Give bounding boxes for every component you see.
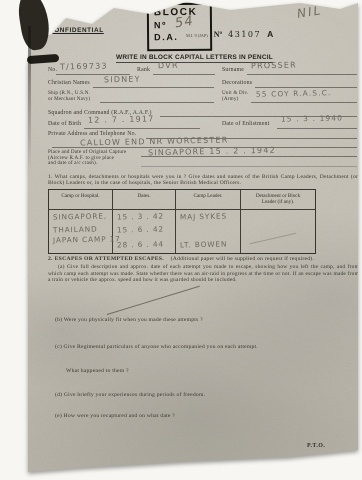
serial-number: 43107 <box>228 30 261 39</box>
camp-entry: JAPAN CAMP 17 <box>53 235 121 245</box>
camp-column: SINGAPORE, THAILAND JAPAN CAMP 17 <box>49 210 113 253</box>
field-label-christian-names: Christian Names <box>48 80 90 86</box>
column-header-dates: Dates. <box>113 190 176 210</box>
date-entry: 28 . 6 . 44 <box>117 241 164 250</box>
question-2b-text: (b) Were you physically fit when you mad… <box>55 317 203 324</box>
camp-table-header-row: Camp or Hospital. Dates. Camp Leader. De… <box>49 190 315 210</box>
field-value-christian-names: SIDNEY <box>104 75 141 85</box>
section-2-heading: 2. ESCAPES OR ATTEMPTED ESCAPES. (Additi… <box>48 256 314 263</box>
field-rule <box>153 74 215 75</box>
field-label-decorations: Decorations <box>222 80 252 86</box>
pencil-slash-mark <box>250 233 297 245</box>
field-label-surname: Surname <box>222 67 244 73</box>
serial-number-row: M.I. 9 (JAP) Nº 43107 A <box>186 29 273 39</box>
camp-entry: THAILAND <box>53 226 98 235</box>
camp-leader-entry: LT. BOWEN <box>180 241 227 250</box>
paper-sheet: CONFIDENTIAL BLOCK Nº D.A. 54 M.I. 9 (JA… <box>0 0 362 480</box>
paper-shadow-wrap: CONFIDENTIAL BLOCK Nº D.A. 54 M.I. 9 (JA… <box>0 0 362 480</box>
field-value-unit-div: 55 COY R.A.S.C. <box>256 88 332 99</box>
question-1-text: 1. What camps, detachments or hospitals … <box>48 174 358 186</box>
field-label-date-of-enlistment: Date of Enlistment <box>222 121 269 127</box>
section-2-heading-main: 2. ESCAPES OR ATTEMPTED ESCAPES. <box>48 256 164 262</box>
please-turn-over-marking: P.T.O. <box>307 443 325 449</box>
detachment-leader-column <box>241 210 315 253</box>
block-number-stamp: BLOCK Nº D.A. 54 <box>147 3 212 52</box>
column-header-detachment-leader: Detachment or Block Leader (if any). <box>241 190 315 210</box>
question-2c-text: (c) Give Regimental particulars of anyon… <box>55 344 258 351</box>
field-rule <box>251 102 357 103</box>
field-label-no: No. <box>48 67 57 73</box>
question-what-happened-text: What happened to them ? <box>66 368 129 375</box>
field-label-original-capture: Place and Date of Original Capture (Airc… <box>48 150 127 167</box>
camp-history-table: Camp or Hospital. Dates. Camp Leader. De… <box>48 189 316 254</box>
column-header-camp: Camp or Hospital. <box>49 190 113 210</box>
field-value-surname: PROSSER <box>251 61 297 71</box>
dates-column: 15 . 3 . 42 15 . 6 . 42 28 . 6 . 44 <box>113 210 176 253</box>
field-label-unit-div: Unit & Div. (Army) <box>222 91 248 102</box>
field-rule <box>277 128 357 129</box>
paper-left-edge-shadow <box>28 26 31 172</box>
camp-leader-column: MAJ SYKES LT. BOWEN <box>176 210 241 253</box>
camp-table-body: SINGAPORE, THAILAND JAPAN CAMP 17 15 . 3… <box>49 210 315 253</box>
serial-no-symbol: Nº <box>214 30 222 39</box>
confidential-marking: CONFIDENTIAL <box>49 27 104 34</box>
scanned-pow-questionnaire: CONFIDENTIAL BLOCK Nº D.A. 54 M.I. 9 (JA… <box>0 0 362 480</box>
field-rule <box>93 87 214 88</box>
field-rule <box>100 102 214 103</box>
field-label-ship: Ship (R.N., U.S.N. or Merchant Navy) <box>48 91 90 102</box>
form-title: WRITE IN BLOCK CAPITAL LETTERS IN PENCIL <box>116 54 273 63</box>
section-2-heading-note: (Additional paper will be supplied on re… <box>171 256 314 262</box>
handwritten-nil-note: NIL <box>296 3 323 21</box>
serial-suffix-letter: A <box>267 29 273 39</box>
field-rule <box>141 156 357 157</box>
field-value-date-of-enlistment: 15 . 3 . 1940 <box>281 113 343 123</box>
serial-prefix: M.I. 9 (JAP) <box>186 33 208 38</box>
question-2d-text: (d) Give briefly your experiences during… <box>55 392 205 399</box>
field-value-private-address: CALLOW END NR WORCESTER <box>80 135 229 147</box>
question-2e-text: (e) How were you recaptured and on what … <box>55 413 175 420</box>
field-value-rank: DVR <box>158 61 179 70</box>
field-value-date-of-birth: 12 . 7 . 1917 <box>88 114 155 124</box>
field-label-private-address: Private Address and Telephone No. <box>48 131 136 137</box>
field-rule <box>247 74 357 75</box>
column-header-camp-leader: Camp Leader. <box>176 190 241 210</box>
pencil-slash-mark <box>107 286 200 315</box>
field-label-date-of-birth: Date of Birth <box>48 121 81 127</box>
camp-entry: SINGAPORE, <box>53 212 107 222</box>
date-entry: 15 . 3 . 42 <box>117 213 164 222</box>
camp-leader-entry: MAJ SYKES <box>180 213 227 222</box>
field-label-rank: Rank <box>137 67 150 73</box>
date-entry: 15 . 6 . 42 <box>117 226 164 235</box>
field-value-service-number: T/169733 <box>60 62 108 72</box>
field-rule <box>141 166 357 167</box>
question-2a-text: (a) Give full description and approx. da… <box>48 264 359 284</box>
field-rule <box>84 128 200 129</box>
